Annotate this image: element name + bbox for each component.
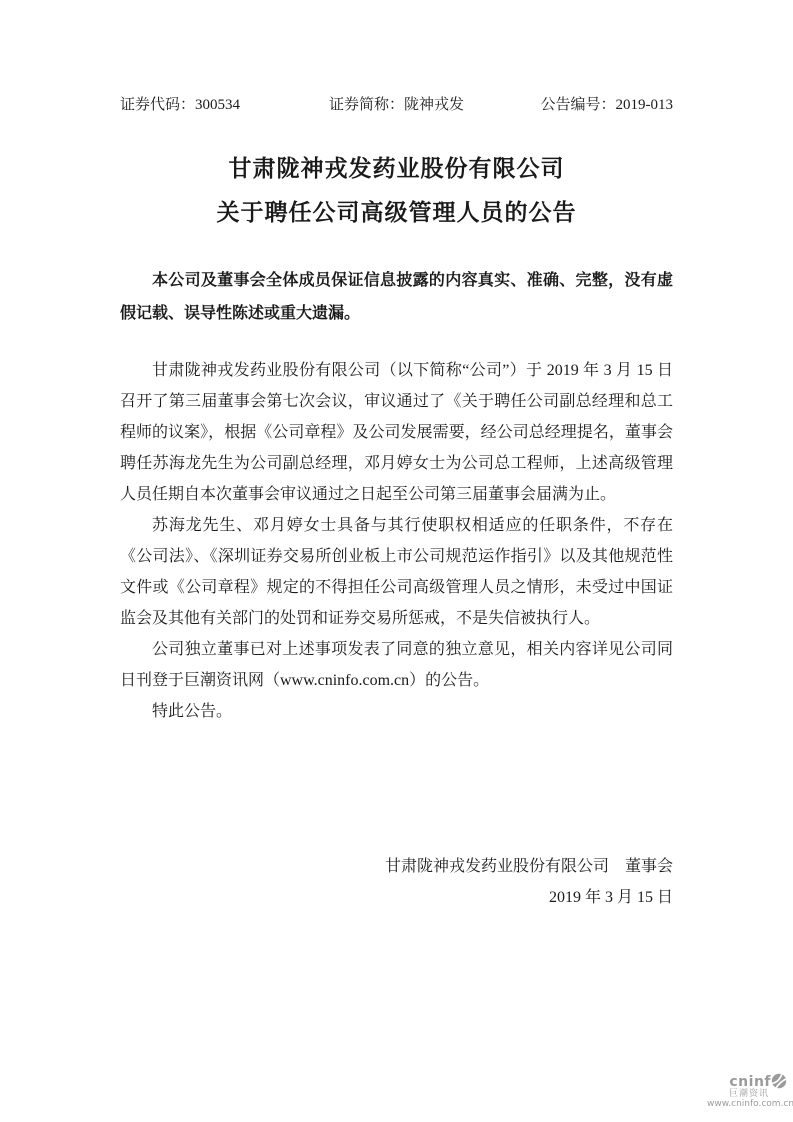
company-name-title: 甘肃陇神戎发药业股份有限公司: [120, 146, 673, 190]
announcement-page: 证券代码：300534 证券简称：陇神戎发 公告编号：2019-013 甘肃陇神…: [0, 0, 793, 1122]
signature-company: 甘肃陇神戎发药业股份有限公司 董事会: [120, 851, 673, 882]
stock-code-label: 证券代码：: [120, 97, 195, 113]
paragraph-qualification: 苏海龙先生、邓月婷女士具备与其行使职权相适应的任职条件，不存在《公司法》、《深圳…: [120, 510, 673, 634]
paragraph-independent-directors: 公司独立董事已对上述事项发表了同意的独立意见，相关内容详见公司同日刊登于巨潮资讯…: [120, 634, 673, 696]
announcement-subject-title: 关于聘任公司高级管理人员的公告: [120, 190, 673, 234]
closing-statement: 特此公告。: [120, 696, 673, 727]
announcement-number: 公告编号：2019-013: [464, 96, 673, 114]
cninfo-swirl-icon: [771, 1074, 787, 1090]
title-block: 甘肃陇神戎发药业股份有限公司 关于聘任公司高级管理人员的公告: [120, 146, 673, 234]
stock-name-label: 证券简称：: [329, 97, 404, 113]
stock-name: 证券简称：陇神戎发: [329, 96, 464, 114]
disclosure-notice: 本公司及董事会全体成员保证信息披露的内容真实、准确、完整，没有虚假记载、误导性陈…: [120, 264, 673, 330]
announcement-number-value: 2019-013: [616, 97, 674, 113]
document-header: 证券代码：300534 证券简称：陇神戎发 公告编号：2019-013: [120, 96, 673, 114]
paragraph-appointment: 甘肃陇神戎发药业股份有限公司（以下简称“公司”）于 2019 年 3 月 15 …: [120, 355, 673, 510]
announcement-number-label: 公告编号：: [540, 97, 615, 113]
cninfo-watermark: cninf 巨潮资讯 www.cninfo.com.cn: [707, 1073, 789, 1109]
stock-code-value: 300534: [195, 97, 240, 113]
cninfo-url: www.cninfo.com.cn: [707, 1100, 789, 1109]
stock-name-value: 陇神戎发: [404, 97, 464, 113]
signature-date: 2019 年 3 月 15 日: [120, 882, 673, 913]
signature-block: 甘肃陇神戎发药业股份有限公司 董事会 2019 年 3 月 15 日: [120, 851, 673, 913]
cninfo-brand-row: cninf: [707, 1073, 789, 1090]
stock-code: 证券代码：300534: [120, 96, 329, 114]
